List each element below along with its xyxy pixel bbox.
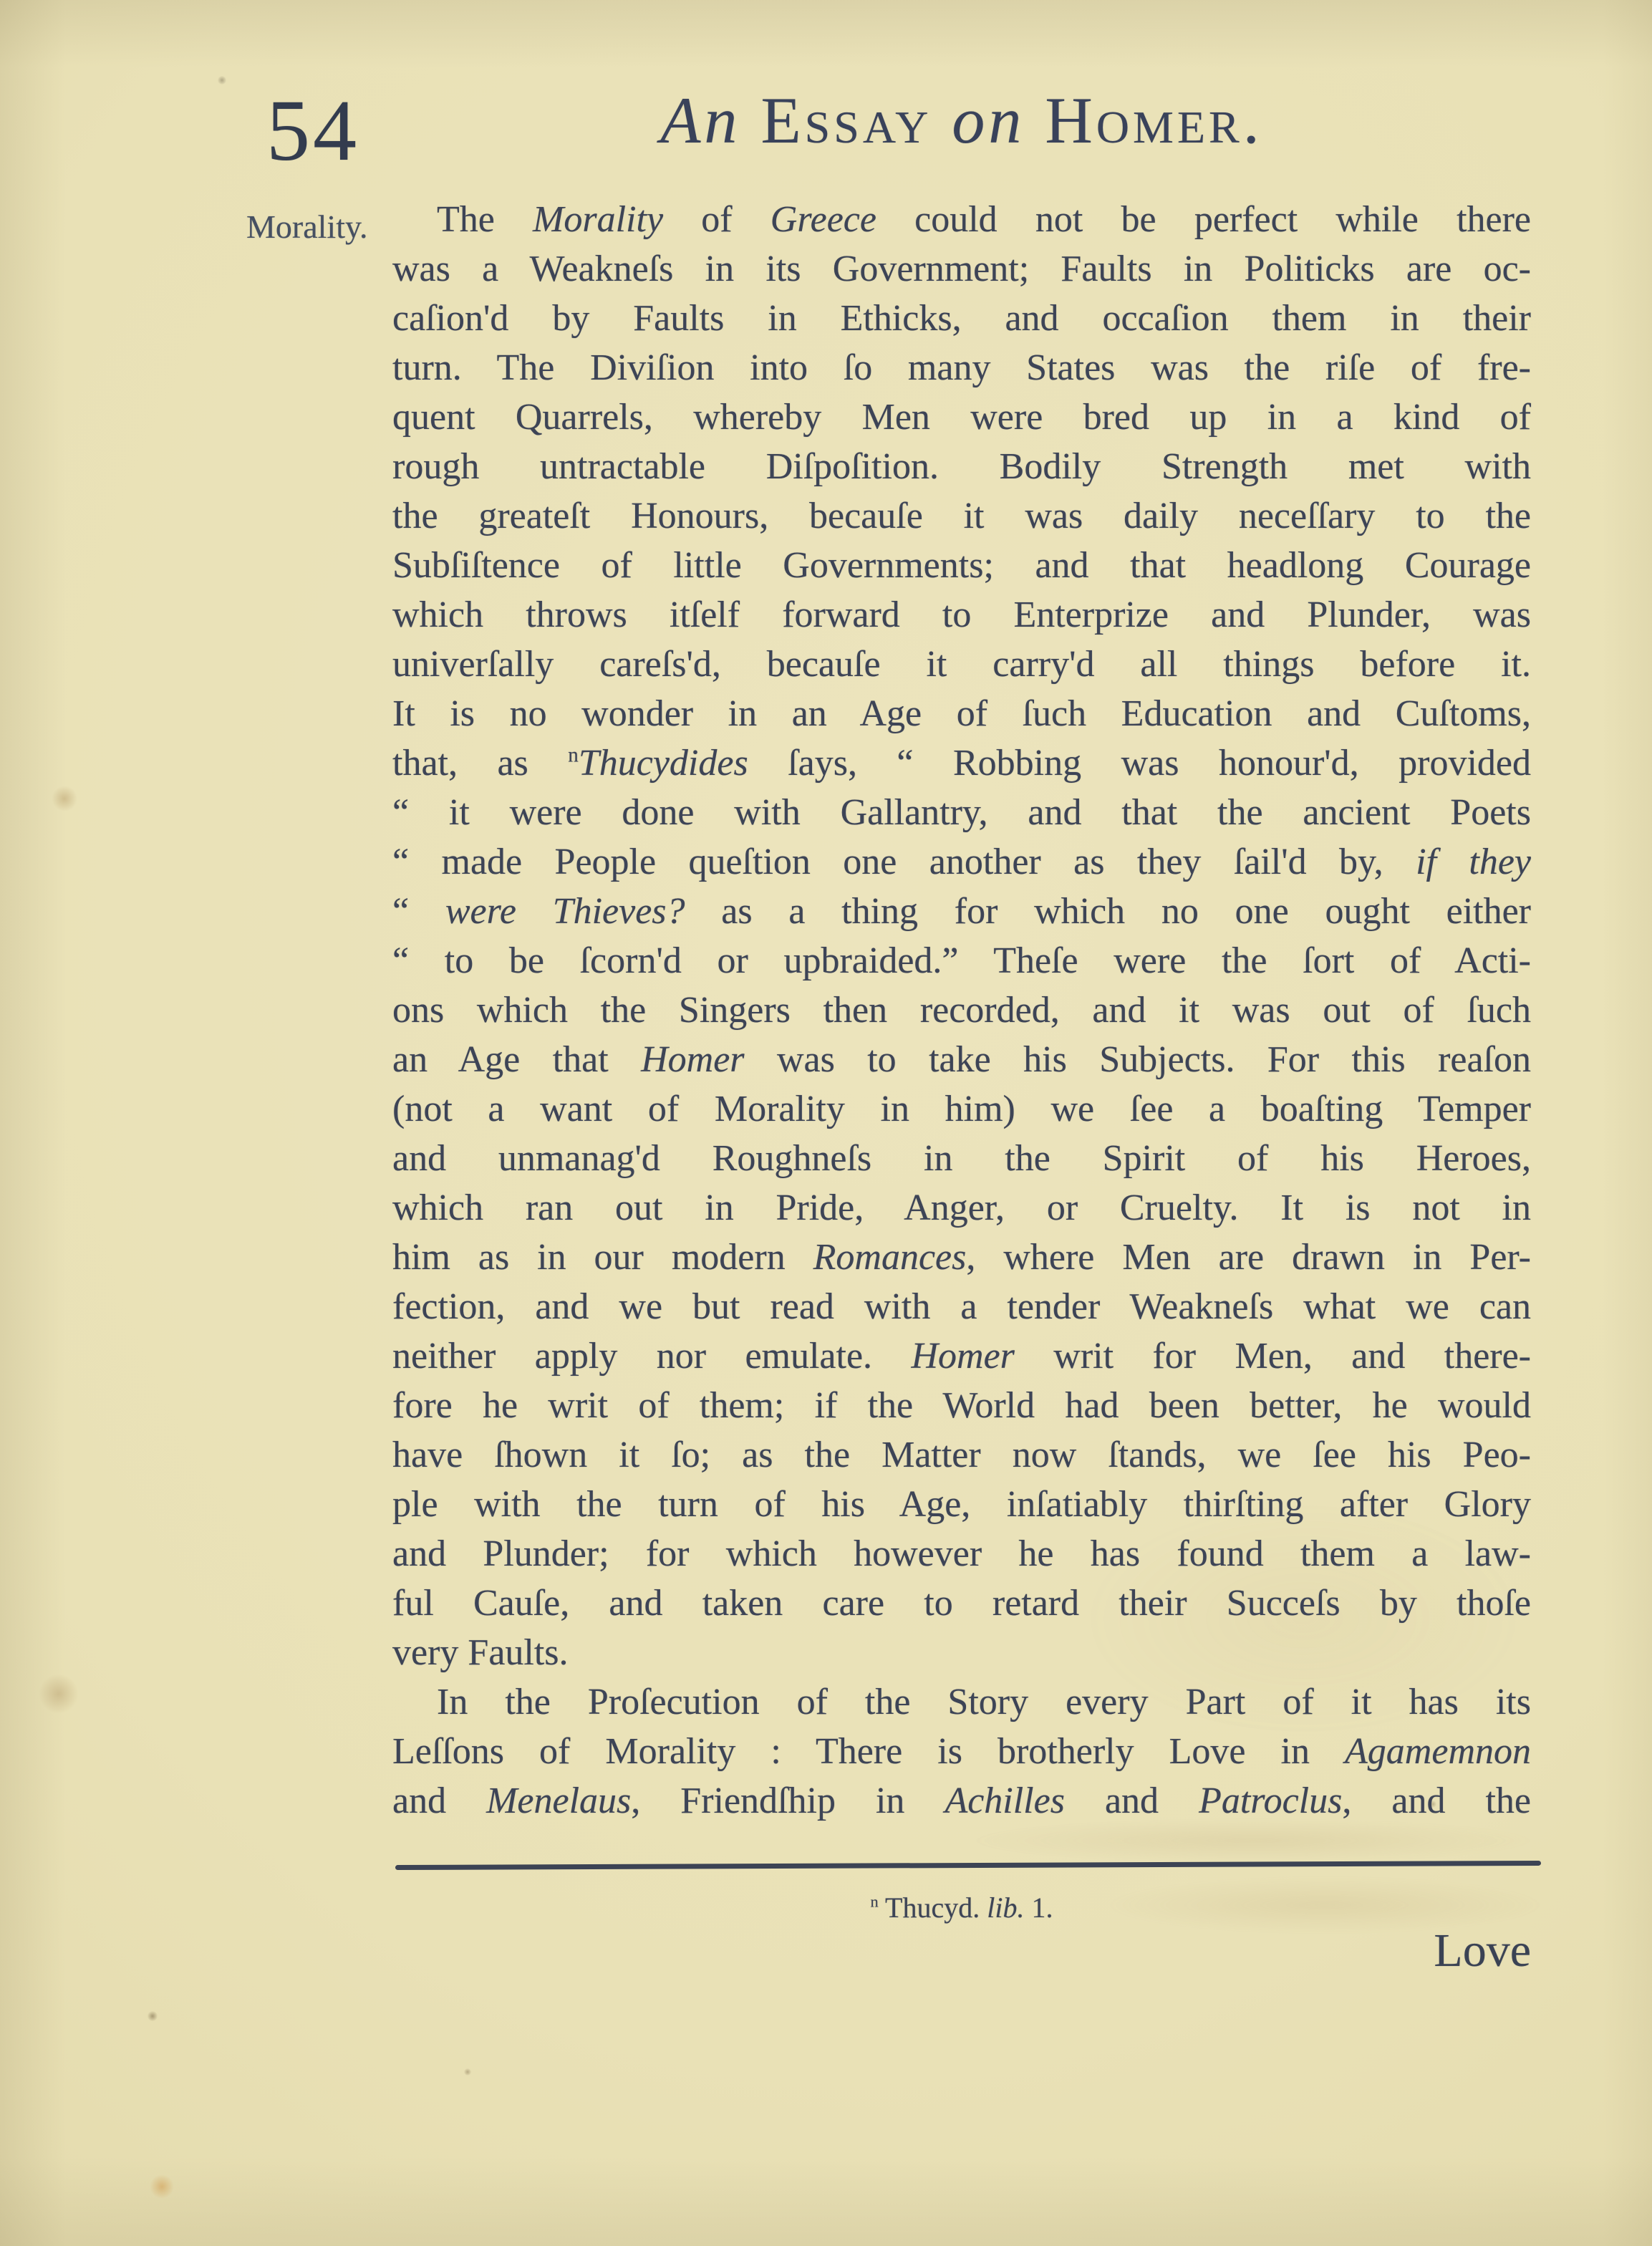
text-segment: have ſhown it ſo; as the Matter now ſtan…	[392, 1435, 1531, 1475]
text-segment: Leſſons of Morality : There is brotherly…	[392, 1731, 1345, 1772]
foxing-spot	[464, 2068, 471, 2076]
text-segment: It is no wonder in an Age of ſuch Educat…	[392, 693, 1531, 734]
footnote: n Thucyd. lib. 1.	[392, 1891, 1531, 1925]
text-segment: ons which the Singers then recorded, and…	[392, 990, 1531, 1031]
foxing-spot	[218, 76, 226, 85]
paragraph: The Morality of Greece could not be perf…	[392, 195, 1531, 1677]
text-segment: very Faults.	[392, 1632, 569, 1673]
text-line: fection, and we but read with a tender W…	[392, 1282, 1531, 1331]
text-segment: , where Men are drawn in Per-	[966, 1237, 1531, 1278]
italic-text: An	[660, 84, 760, 157]
italic-text: Morality	[533, 199, 663, 240]
text-segment: and Plunder; for which however he has fo…	[392, 1533, 1531, 1574]
foxing-spot	[150, 2174, 174, 2199]
text-line: Leſſons of Morality : There is brotherly…	[392, 1727, 1531, 1776]
text-segment: and	[392, 1780, 486, 1821]
text-segment: an Age that	[392, 1039, 641, 1080]
text-segment: The	[437, 199, 533, 240]
italic-text: Achilles	[945, 1780, 1065, 1821]
margin-note: Morality.	[246, 209, 368, 246]
text-segment: the greateſt Honours, becauſe it was dai…	[392, 496, 1531, 536]
text-segment: “ made People queſtion one another as th…	[392, 842, 1416, 882]
text-segment: “	[392, 891, 445, 932]
text-segment: was a Weakneſs in its Government; Faults…	[392, 249, 1531, 289]
italic-text: if they	[1416, 842, 1531, 882]
text-line: ons which the Singers then recorded, and…	[392, 985, 1531, 1035]
text-line: an Age that Homer was to take his Subjec…	[392, 1035, 1531, 1084]
text-body: The Morality of Greece could not be perf…	[392, 195, 1531, 1826]
text-line: have ſhown it ſo; as the Matter now ſtan…	[392, 1430, 1531, 1480]
footnote-marker: n	[568, 744, 579, 767]
text-line: and Plunder; for which however he has fo…	[392, 1529, 1531, 1579]
foxing-spot	[52, 786, 77, 811]
text-segment: was to take his Subjects. For this reaſo…	[745, 1039, 1531, 1080]
text-segment: neither apply nor emulate.	[392, 1336, 911, 1377]
text-segment: ful Cauſe, and taken care to retard thei…	[392, 1583, 1531, 1624]
text-segment: ſays, “ Robbing was honour'd, provided	[748, 743, 1531, 784]
text-segment: him as in our modern	[392, 1237, 813, 1278]
italic-text: Greece	[771, 199, 876, 240]
text-line: Subſiſtence of little Governments; and t…	[392, 541, 1531, 590]
text-segment: (not a want of Morality in him) we ſee a…	[392, 1089, 1531, 1129]
text-segment: fore he writ of them; if the World had b…	[392, 1385, 1531, 1426]
text-segment: turn. The Diviſion into ſo many States w…	[392, 347, 1531, 388]
text-segment: writ for Men, and there-	[1015, 1336, 1531, 1377]
text-line: ple with the turn of his Age, inſatiably…	[392, 1480, 1531, 1529]
text-line: univerſally careſs'd, becauſe it carry'd…	[392, 640, 1531, 689]
text-line: “ to be ſcorn'd or upbraided.” Theſe wer…	[392, 936, 1531, 985]
footnote-rule	[395, 1861, 1541, 1870]
italic-text: Homer	[641, 1039, 744, 1080]
text-line: fore he writ of them; if the World had b…	[392, 1381, 1531, 1430]
text-line: and Menelaus, Friendſhip in Achilles and…	[392, 1776, 1531, 1826]
text-segment: caſion'd by Faults in Ethicks, and occaſ…	[392, 298, 1531, 339]
text-segment: that, as	[392, 743, 568, 784]
text-line: “ were Thieves? as a thing for which no …	[392, 887, 1531, 936]
text-segment: of	[663, 199, 771, 240]
text-segment: “ it were done with Gallantry, and that …	[392, 792, 1531, 833]
text-segment: Essay	[760, 84, 932, 157]
text-line: “ made People queſtion one another as th…	[392, 837, 1531, 887]
text-segment: rough untractable Diſpoſition. Bodily St…	[392, 446, 1531, 487]
text-line: neither apply nor emulate. Homer writ fo…	[392, 1331, 1531, 1381]
scanned-book-page: { "colors": { "paper": "#e9e1b6", "ink":…	[0, 0, 1652, 2246]
italic-text: on	[932, 84, 1045, 157]
text-line: him as in our modern Romances, where Men…	[392, 1233, 1531, 1282]
text-segment: Thucyd.	[879, 1891, 987, 1924]
text-line: “ it were done with Gallantry, and that …	[392, 788, 1531, 837]
italic-text: Homer	[911, 1336, 1014, 1377]
text-line: The Morality of Greece could not be perf…	[392, 195, 1531, 244]
text-segment: Homer.	[1045, 84, 1262, 157]
text-line: quent Quarrels, whereby Men were bred up…	[392, 392, 1531, 442]
foxing-spot	[39, 1674, 79, 1714]
text-line: caſion'd by Faults in Ethicks, and occaſ…	[392, 294, 1531, 343]
running-title: An Essay on Homer.	[392, 87, 1531, 153]
text-line: turn. The Diviſion into ſo many States w…	[392, 343, 1531, 392]
italic-text: were Thieves?	[445, 891, 685, 932]
text-segment: In the Proſecution of the Story every Pa…	[437, 1682, 1531, 1722]
footnote-marker: n	[871, 1893, 879, 1911]
text-line: and unmanag'd Roughneſs in the Spirit of…	[392, 1134, 1531, 1183]
italic-text: lib.	[987, 1891, 1024, 1924]
text-segment: , and the	[1342, 1780, 1531, 1821]
text-line: (not a want of Morality in him) we ſee a…	[392, 1084, 1531, 1134]
foxing-spot	[148, 2011, 158, 2021]
text-line: It is no wonder in an Age of ſuch Educat…	[392, 689, 1531, 738]
catchword: Love	[392, 1925, 1531, 1977]
italic-text: Thucydides	[579, 743, 748, 784]
text-segment: and	[1065, 1780, 1199, 1821]
text-segment: Subſiſtence of little Governments; and t…	[392, 545, 1531, 586]
text-line: In the Proſecution of the Story every Pa…	[392, 1677, 1531, 1727]
text-segment: as a thing for which no one ought either	[685, 891, 1531, 932]
text-line: which throws itſelf forward to Enterpriz…	[392, 590, 1531, 640]
text-segment: univerſally careſs'd, becauſe it carry'd…	[392, 644, 1531, 685]
text-segment: quent Quarrels, whereby Men were bred up…	[392, 397, 1531, 438]
text-line: that, as nThucydides ſays, “ Robbing was…	[392, 738, 1531, 788]
text-line: the greateſt Honours, becauſe it was dai…	[392, 491, 1531, 541]
text-segment: which throws itſelf forward to Enterpriz…	[392, 594, 1531, 635]
text-segment: could not be perfect while there	[876, 199, 1531, 240]
text-line: very Faults.	[392, 1628, 1531, 1677]
paragraph: In the Proſecution of the Story every Pa…	[392, 1677, 1531, 1826]
italic-text: Patroclus	[1199, 1780, 1342, 1821]
text-segment: which ran out in Pride, Anger, or Cruelt…	[392, 1187, 1531, 1228]
text-segment: fection, and we but read with a tender W…	[392, 1286, 1531, 1327]
show-through-smudge	[967, 1819, 1540, 1862]
text-line: rough untractable Diſpoſition. Bodily St…	[392, 442, 1531, 491]
italic-text: Menelaus	[486, 1780, 631, 1821]
text-segment: “ to be ſcorn'd or upbraided.” Theſe wer…	[392, 940, 1531, 981]
text-segment: and unmanag'd Roughneſs in the Spirit of…	[392, 1138, 1531, 1179]
italic-text: Romances	[813, 1237, 967, 1278]
text-line: was a Weakneſs in its Government; Faults…	[392, 244, 1531, 294]
text-segment: , Friendſhip in	[631, 1780, 945, 1821]
text-line: which ran out in Pride, Anger, or Cruelt…	[392, 1183, 1531, 1233]
italic-text: Agamemnon	[1345, 1731, 1531, 1772]
page-number: 54	[266, 87, 359, 175]
text-segment: 1.	[1024, 1891, 1053, 1924]
text-line: ful Cauſe, and taken care to retard thei…	[392, 1579, 1531, 1628]
text-segment: ple with the turn of his Age, inſatiably…	[392, 1484, 1531, 1525]
